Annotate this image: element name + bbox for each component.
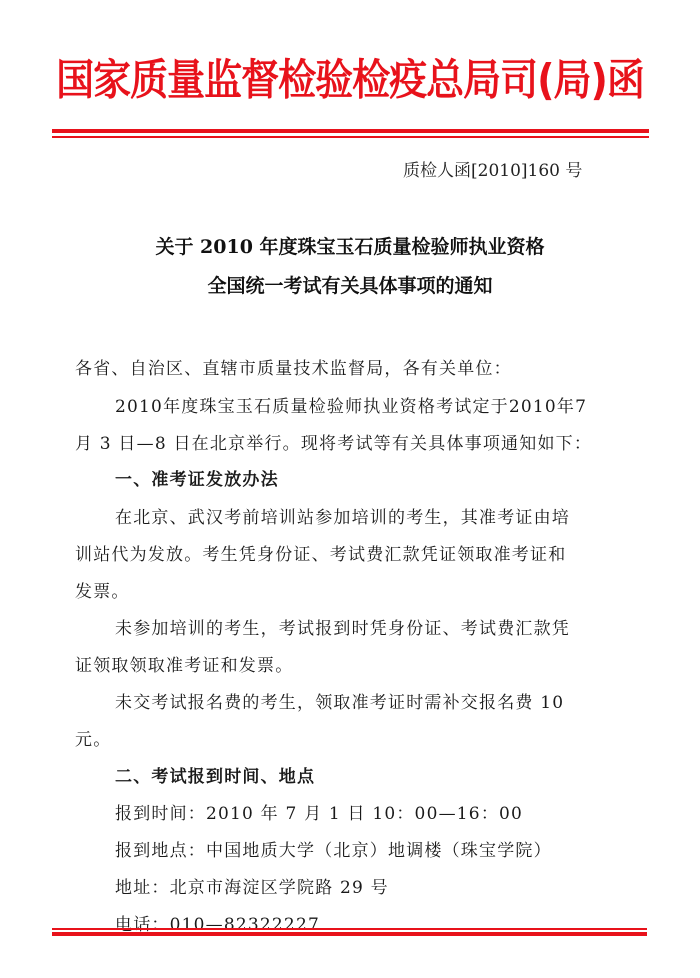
address: 地址：北京市海淀区学院路 29 号 xyxy=(115,876,685,900)
letterhead-rule-thin xyxy=(52,136,649,138)
letterhead-title: 国家质量监督检验检疫总局司(局)函 xyxy=(0,52,700,108)
section-1-paragraph-1-line-3: 发票。 xyxy=(75,580,645,604)
section-1-paragraph-3-line-1: 未交考试报名费的考生，领取准考证时需补交报名费 10 xyxy=(115,691,685,715)
salutation: 各省、自治区、直辖市质量技术监督局，各有关单位： xyxy=(75,357,645,381)
letterhead-rule-thick xyxy=(52,129,649,133)
footer-rule-thick xyxy=(52,932,647,936)
document-title-line-2: 全国统一考试有关具体事项的通知 xyxy=(0,272,700,300)
section-1-paragraph-2-line-2: 证领取领取准考证和发票。 xyxy=(75,654,645,678)
document-number: 质检人函[2010]160 号 xyxy=(403,159,582,183)
section-2-heading: 二、考试报到时间、地点 xyxy=(115,765,685,789)
footer-rule-thin xyxy=(52,928,647,930)
section-1-heading: 一、准考证发放办法 xyxy=(115,468,685,492)
intro-paragraph-line-1: 2010年度珠宝玉石质量检验师执业资格考试定于2010年7 xyxy=(115,395,685,419)
document-title-line-1: 关于 2010 年度珠宝玉石质量检验师执业资格 xyxy=(0,233,700,261)
section-1-paragraph-3-line-2: 元。 xyxy=(75,728,645,752)
registration-place: 报到地点：中国地质大学（北京）地调楼（珠宝学院） xyxy=(115,839,685,863)
section-1-paragraph-1-line-2: 训站代为发放。考生凭身份证、考试费汇款凭证领取准考证和 xyxy=(75,543,645,567)
registration-time: 报到时间：2010 年 7 月 1 日 10：00—16：00 xyxy=(115,802,685,826)
section-1-paragraph-1-line-1: 在北京、武汉考前培训站参加培训的考生，其准考证由培 xyxy=(115,506,685,530)
section-1-paragraph-2-line-1: 未参加培训的考生，考试报到时凭身份证、考试费汇款凭 xyxy=(115,617,685,641)
intro-paragraph-line-2: 月 3 日—8 日在北京举行。现将考试等有关具体事项通知如下： xyxy=(75,432,645,456)
